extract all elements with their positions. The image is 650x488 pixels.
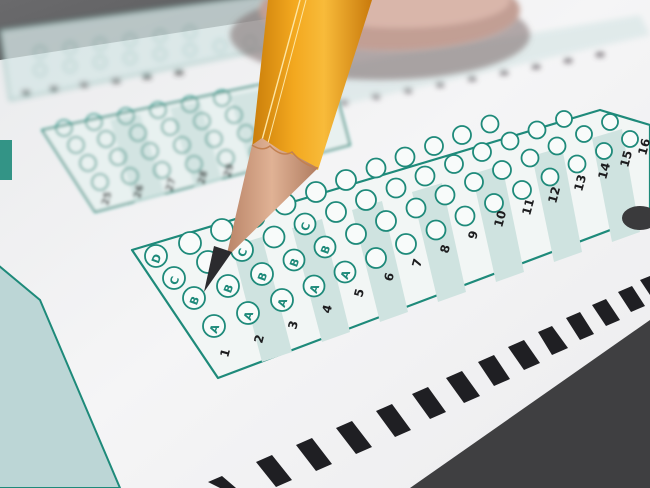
photo-scene: 25 26 27 28 29	[0, 0, 650, 488]
answer-sheet-illustration: 25 26 27 28 29	[0, 0, 650, 488]
